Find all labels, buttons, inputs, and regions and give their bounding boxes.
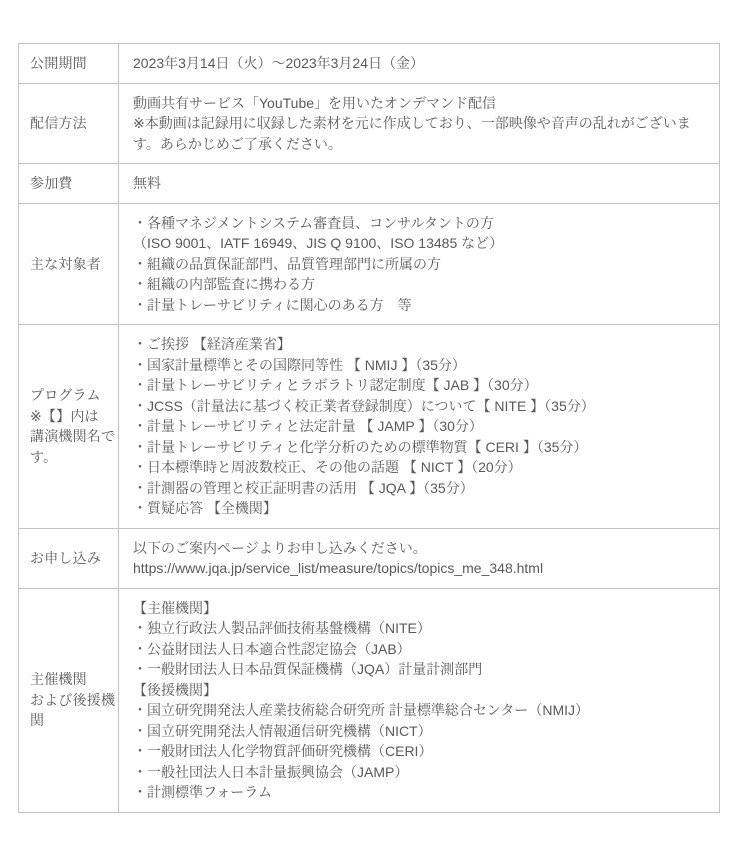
target-audience-lines: ・各種マネジメントシステム審査員、コンサルタントの方（ISO 9001、IATF… [133,213,707,316]
program-line: ・ご挨拶 【経済産業省】 [133,334,707,355]
row-content-target-audience: ・各種マネジメントシステム審査員、コンサルタントの方（ISO 9001、IATF… [119,204,719,325]
row-content-organizers: 【主催機関】・独立行政法人製品評価技術基盤機構（NITE）・公益財団法人日本適合… [119,589,719,812]
organizer-line: ・国立研究開発法人産業技術総合研究所 計量標準総合センター（NMIJ） [133,700,707,721]
row-header-fee: 参加費 [19,164,119,203]
fee-lines: 無料 [133,173,707,194]
content-line: ・計量トレーサビリティに関心のある方 等 [133,295,707,316]
organizer-line: ・独立行政法人製品評価技術基盤機構（NITE） [133,618,707,639]
organizer-line: ・一般社団法人日本計量振興協会（JAMP） [133,762,707,783]
release-period-lines: 2023年3月14日（火）～2023年3月24日（金） [133,53,707,74]
row-program: プログラム ※【】内は 講演機関名です。 ・ご挨拶 【経済産業省】・国家計量標準… [19,324,719,528]
organizer-line: ・国立研究開発法人情報通信研究機構（NICT） [133,721,707,742]
organizer-line: ・一般財団法人化学物質評価研究機構（CERI） [133,741,707,762]
row-content-release-period: 2023年3月14日（火）～2023年3月24日（金） [119,44,719,83]
row-content-program: ・ご挨拶 【経済産業省】・国家計量標準とその国際同等性 【 NMIJ 】（35分… [119,325,719,528]
content-line: 動画共有サービス「YouTube」を用いたオンデマンド配信 [133,93,707,114]
content-line: ・各種マネジメントシステム審査員、コンサルタントの方 [133,213,707,234]
content-line: 無料 [133,173,707,194]
row-organizers: 主催機関 および後援機関 【主催機関】・独立行政法人製品評価技術基盤機構（NIT… [19,588,719,812]
row-content-fee: 無料 [119,164,719,203]
content-line: 2023年3月14日（火）～2023年3月24日（金） [133,53,707,74]
application-instruction: 以下のご案内ページよりお申し込みください。 [133,538,707,559]
application-url[interactable]: https://www.jqa.jp/service_list/measure/… [133,558,707,579]
content-line: ・組織の品質保証部門、品質管理部門に所属の方 [133,254,707,275]
row-release-period: 公開期間 2023年3月14日（火）～2023年3月24日（金） [19,44,719,83]
row-header-application: お申し込み [19,529,119,588]
row-target-audience: 主な対象者 ・各種マネジメントシステム審査員、コンサルタントの方（ISO 900… [19,203,719,325]
row-header-release-period: 公開期間 [19,44,119,83]
row-header-delivery-method: 配信方法 [19,84,119,164]
row-header-target-audience: 主な対象者 [19,204,119,325]
delivery-method-lines: 動画共有サービス「YouTube」を用いたオンデマンド配信※本動画は記録用に収録… [133,93,707,155]
organizer-line: 【後援機関】 [133,680,707,701]
organizer-line: ・公益財団法人日本適合性認定協会（JAB） [133,639,707,660]
row-header-program: プログラム ※【】内は 講演機関名です。 [19,325,119,528]
content-line: （ISO 9001、IATF 16949、JIS Q 9100、ISO 1348… [133,233,707,254]
program-line: ・計量トレーサビリティとラボラトリ認定制度【 JAB 】（30分） [133,375,707,396]
event-info-table: 公開期間 2023年3月14日（火）～2023年3月24日（金） 配信方法 動画… [18,43,720,813]
program-line: ・計測器の管理と校正証明書の活用 【 JQA 】（35分） [133,478,707,499]
page: { "colors": { "page_bg": "#ffffff", "tex… [0,0,740,850]
row-header-organizers: 主催機関 および後援機関 [19,589,119,812]
application-lines: 以下のご案内ページよりお申し込みください。 https://www.jqa.jp… [133,538,707,579]
row-content-application: 以下のご案内ページよりお申し込みください。 https://www.jqa.jp… [119,529,719,588]
program-line: ・計量トレーサビリティと化学分析のための標準物質【 CERI 】（35分） [133,437,707,458]
program-lines: ・ご挨拶 【経済産業省】・国家計量標準とその国際同等性 【 NMIJ 】（35分… [133,334,707,519]
organizer-line: ・一般財団法人日本品質保証機構（JQA）計量計測部門 [133,659,707,680]
program-line: ・JCSS（計量法に基づく校正業者登録制度）について【 NITE 】（35分） [133,396,707,417]
row-delivery-method: 配信方法 動画共有サービス「YouTube」を用いたオンデマンド配信※本動画は記… [19,83,719,164]
program-line: ・計量トレーサビリティと法定計量 【 JAMP 】（30分） [133,416,707,437]
program-line: ・国家計量標準とその国際同等性 【 NMIJ 】（35分） [133,355,707,376]
program-line: ・日本標準時と周波数校正、その他の話題 【 NICT 】（20分） [133,457,707,478]
row-application: お申し込み 以下のご案内ページよりお申し込みください。 https://www.… [19,528,719,588]
row-content-delivery-method: 動画共有サービス「YouTube」を用いたオンデマンド配信※本動画は記録用に収録… [119,84,719,164]
organizer-line: 【主催機関】 [133,598,707,619]
organizers-lines: 【主催機関】・独立行政法人製品評価技術基盤機構（NITE）・公益財団法人日本適合… [133,598,707,803]
row-fee: 参加費 無料 [19,163,719,203]
organizer-line: ・計測標準フォーラム [133,782,707,803]
program-line: ・質疑応答 【全機関】 [133,498,707,519]
content-line: ※本動画は記録用に収録した素材を元に作成しており、一部映像や音声の乱れがございま… [133,113,707,154]
content-line: ・組織の内部監査に携わる方 [133,274,707,295]
